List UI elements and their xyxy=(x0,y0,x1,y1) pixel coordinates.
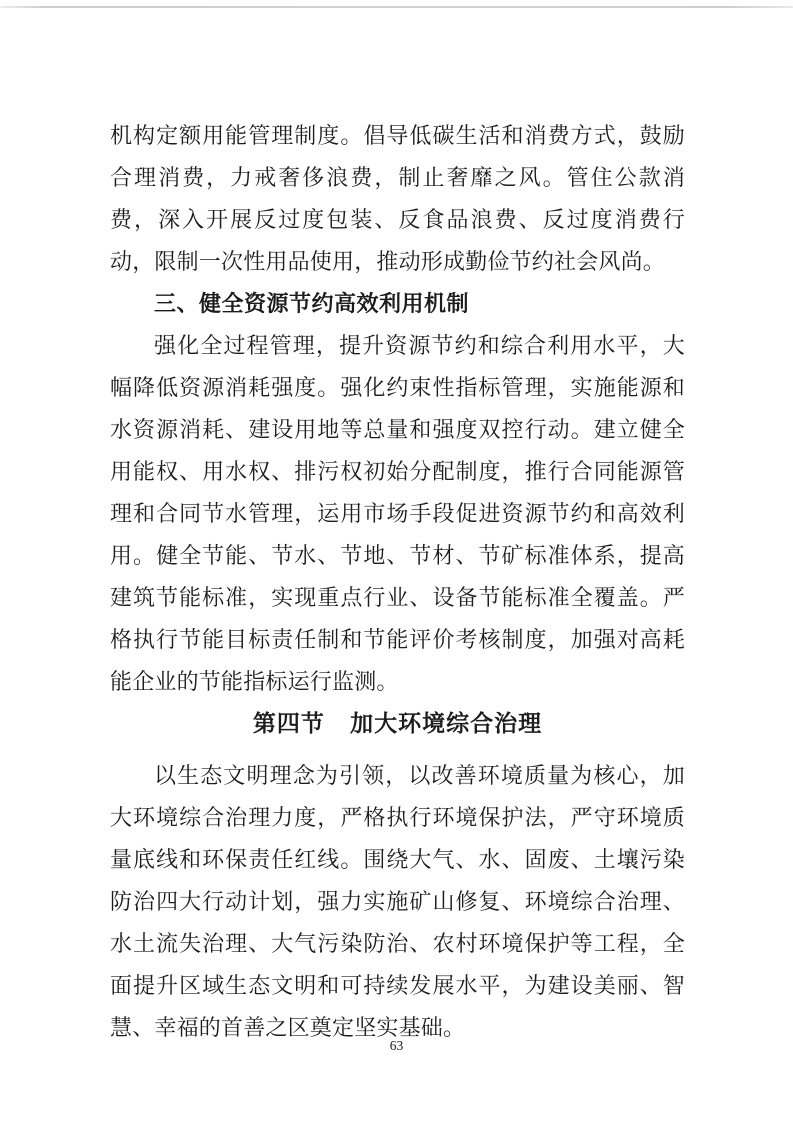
paragraph-resource-management: 强化全过程管理，提升资源节约和综合利用水平，大幅降低资源消耗强度。强化约束性指标… xyxy=(110,325,685,703)
section-title: 加大环境综合治理 xyxy=(350,711,542,736)
document-body: 机构定额用能管理制度。倡导低碳生活和消费方式，鼓励合理消费，力戒奢侈浪费，制止奢… xyxy=(110,115,685,1049)
section-number: 第四节 xyxy=(253,711,325,736)
document-page: 机构定额用能管理制度。倡导低碳生活和消费方式，鼓励合理消费，力戒奢侈浪费，制止奢… xyxy=(0,0,793,1122)
paragraph-continuation: 机构定额用能管理制度。倡导低碳生活和消费方式，鼓励合理消费，力戒奢侈浪费，制止奢… xyxy=(110,115,685,283)
page-top-scan-edge xyxy=(0,6,793,8)
paragraph-environmental-governance: 以生态文明理念为引领，以改善环境质量为核心，加大环境综合治理力度，严格执行环境保… xyxy=(110,755,685,1049)
subsection-heading-resource-conservation: 三、健全资源节约高效利用机制 xyxy=(110,283,685,325)
section-heading-environmental-governance: 第四节加大环境综合治理 xyxy=(110,703,685,745)
page-number: 63 xyxy=(0,1037,793,1055)
